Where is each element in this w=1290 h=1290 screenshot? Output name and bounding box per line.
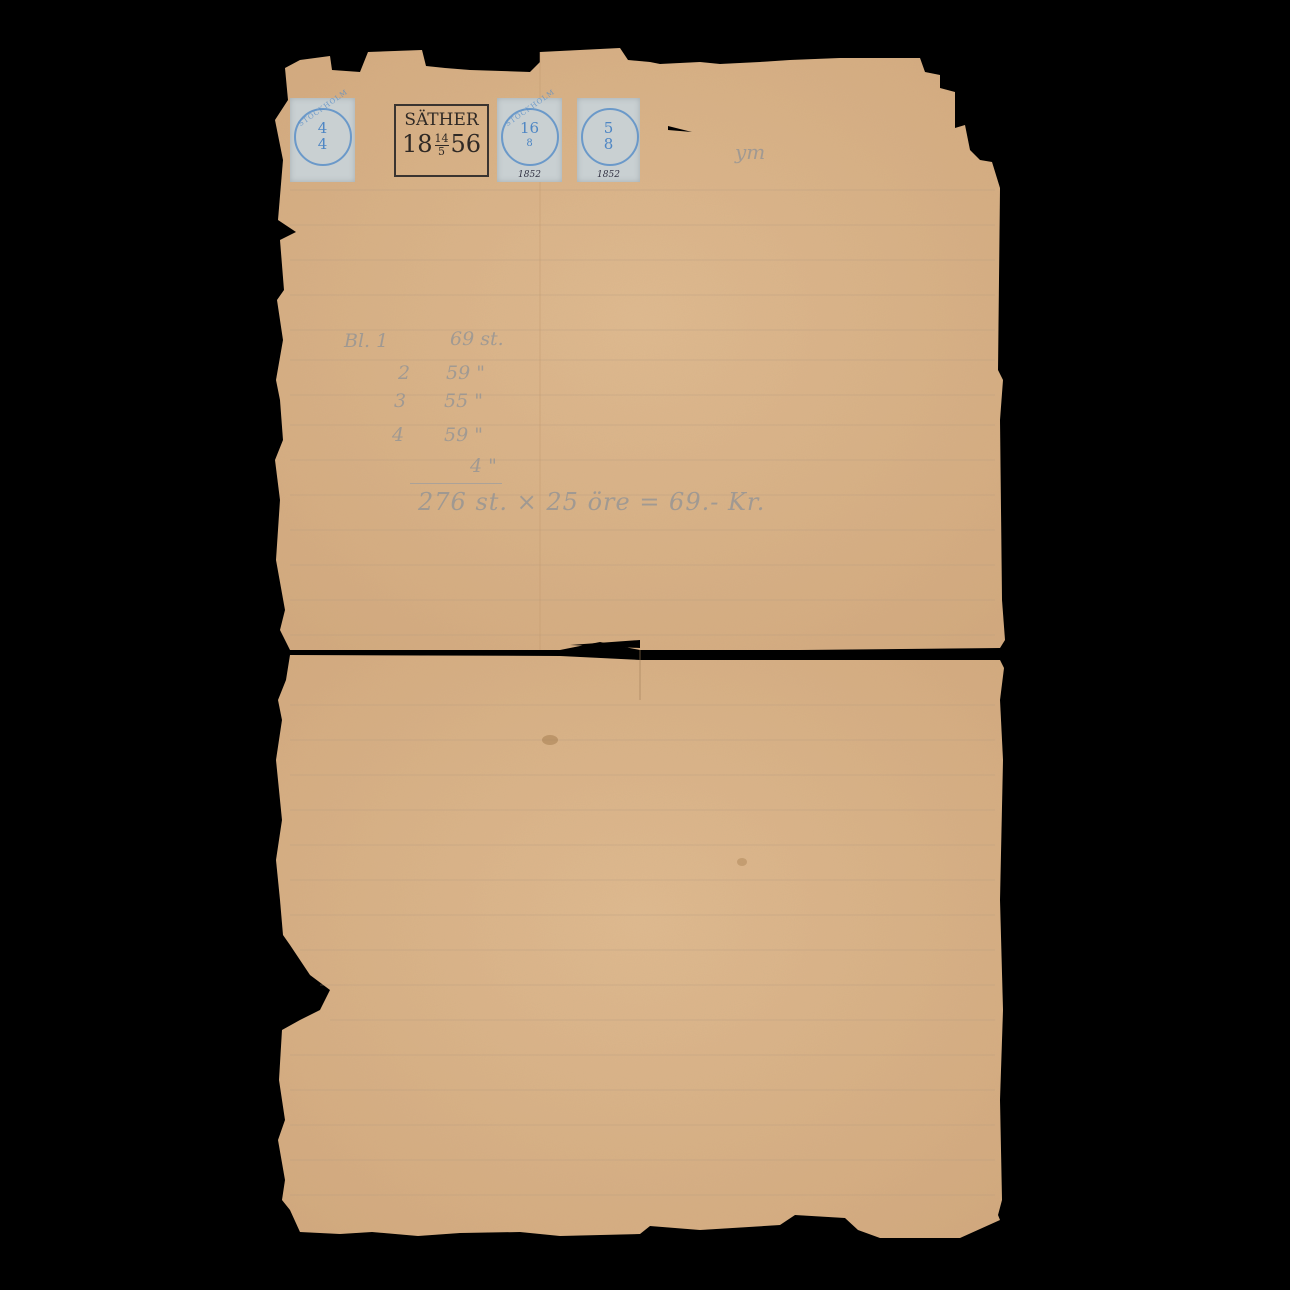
postmark-month: 8: [577, 136, 640, 152]
postmark-day: 5: [577, 120, 640, 136]
stamp-stockholm-1: STOCKHOLM 4 4: [290, 98, 355, 182]
tally-label: 3: [394, 390, 406, 412]
year-suffix: 56: [451, 130, 482, 158]
date-fraction: 145: [435, 133, 449, 158]
tally-value: 59 ": [444, 424, 483, 446]
tally-label: 4: [392, 424, 404, 446]
postmark-day: 4: [290, 120, 355, 136]
postmark-date: 5 8: [577, 120, 640, 152]
postmark-date: 4 4: [290, 120, 355, 152]
total-calculation: 276 st. × 25 öre = 69.- Kr.: [418, 488, 765, 516]
pencil-year: 1852: [577, 170, 640, 180]
year-prefix: 18: [402, 130, 433, 158]
tally-value: 55 ": [444, 390, 483, 412]
tally-value: 4 ": [470, 455, 497, 477]
fraction-top: 14: [435, 133, 449, 145]
sum-line: [410, 483, 502, 484]
postmark-date: 1814556: [396, 130, 487, 158]
pencil-initials: ym: [735, 140, 765, 164]
tally-value: 59 ": [446, 362, 485, 384]
paper-bottom-half: [276, 655, 1004, 1238]
pencil-year: 1852: [497, 170, 562, 180]
paper-sheet: [0, 0, 1290, 1290]
fraction-bottom: 5: [435, 145, 449, 158]
postmark-month: 8: [497, 136, 562, 152]
tally-value: 69 st.: [450, 328, 504, 350]
postmark-date: 16 8: [497, 120, 562, 152]
sather-box-postmark: SÄTHER 1814556: [394, 104, 489, 177]
stamp-stockholm-3: 5 8 1852: [577, 98, 640, 182]
postmark-month: 4: [290, 136, 355, 152]
postmark-town: SÄTHER: [396, 110, 487, 130]
tally-label: Bl. 1: [344, 330, 388, 352]
tally-label: 2: [398, 362, 410, 384]
stamp-stockholm-2: STOCKHOLM 16 8 1852: [497, 98, 562, 182]
postmark-day: 16: [497, 120, 562, 136]
